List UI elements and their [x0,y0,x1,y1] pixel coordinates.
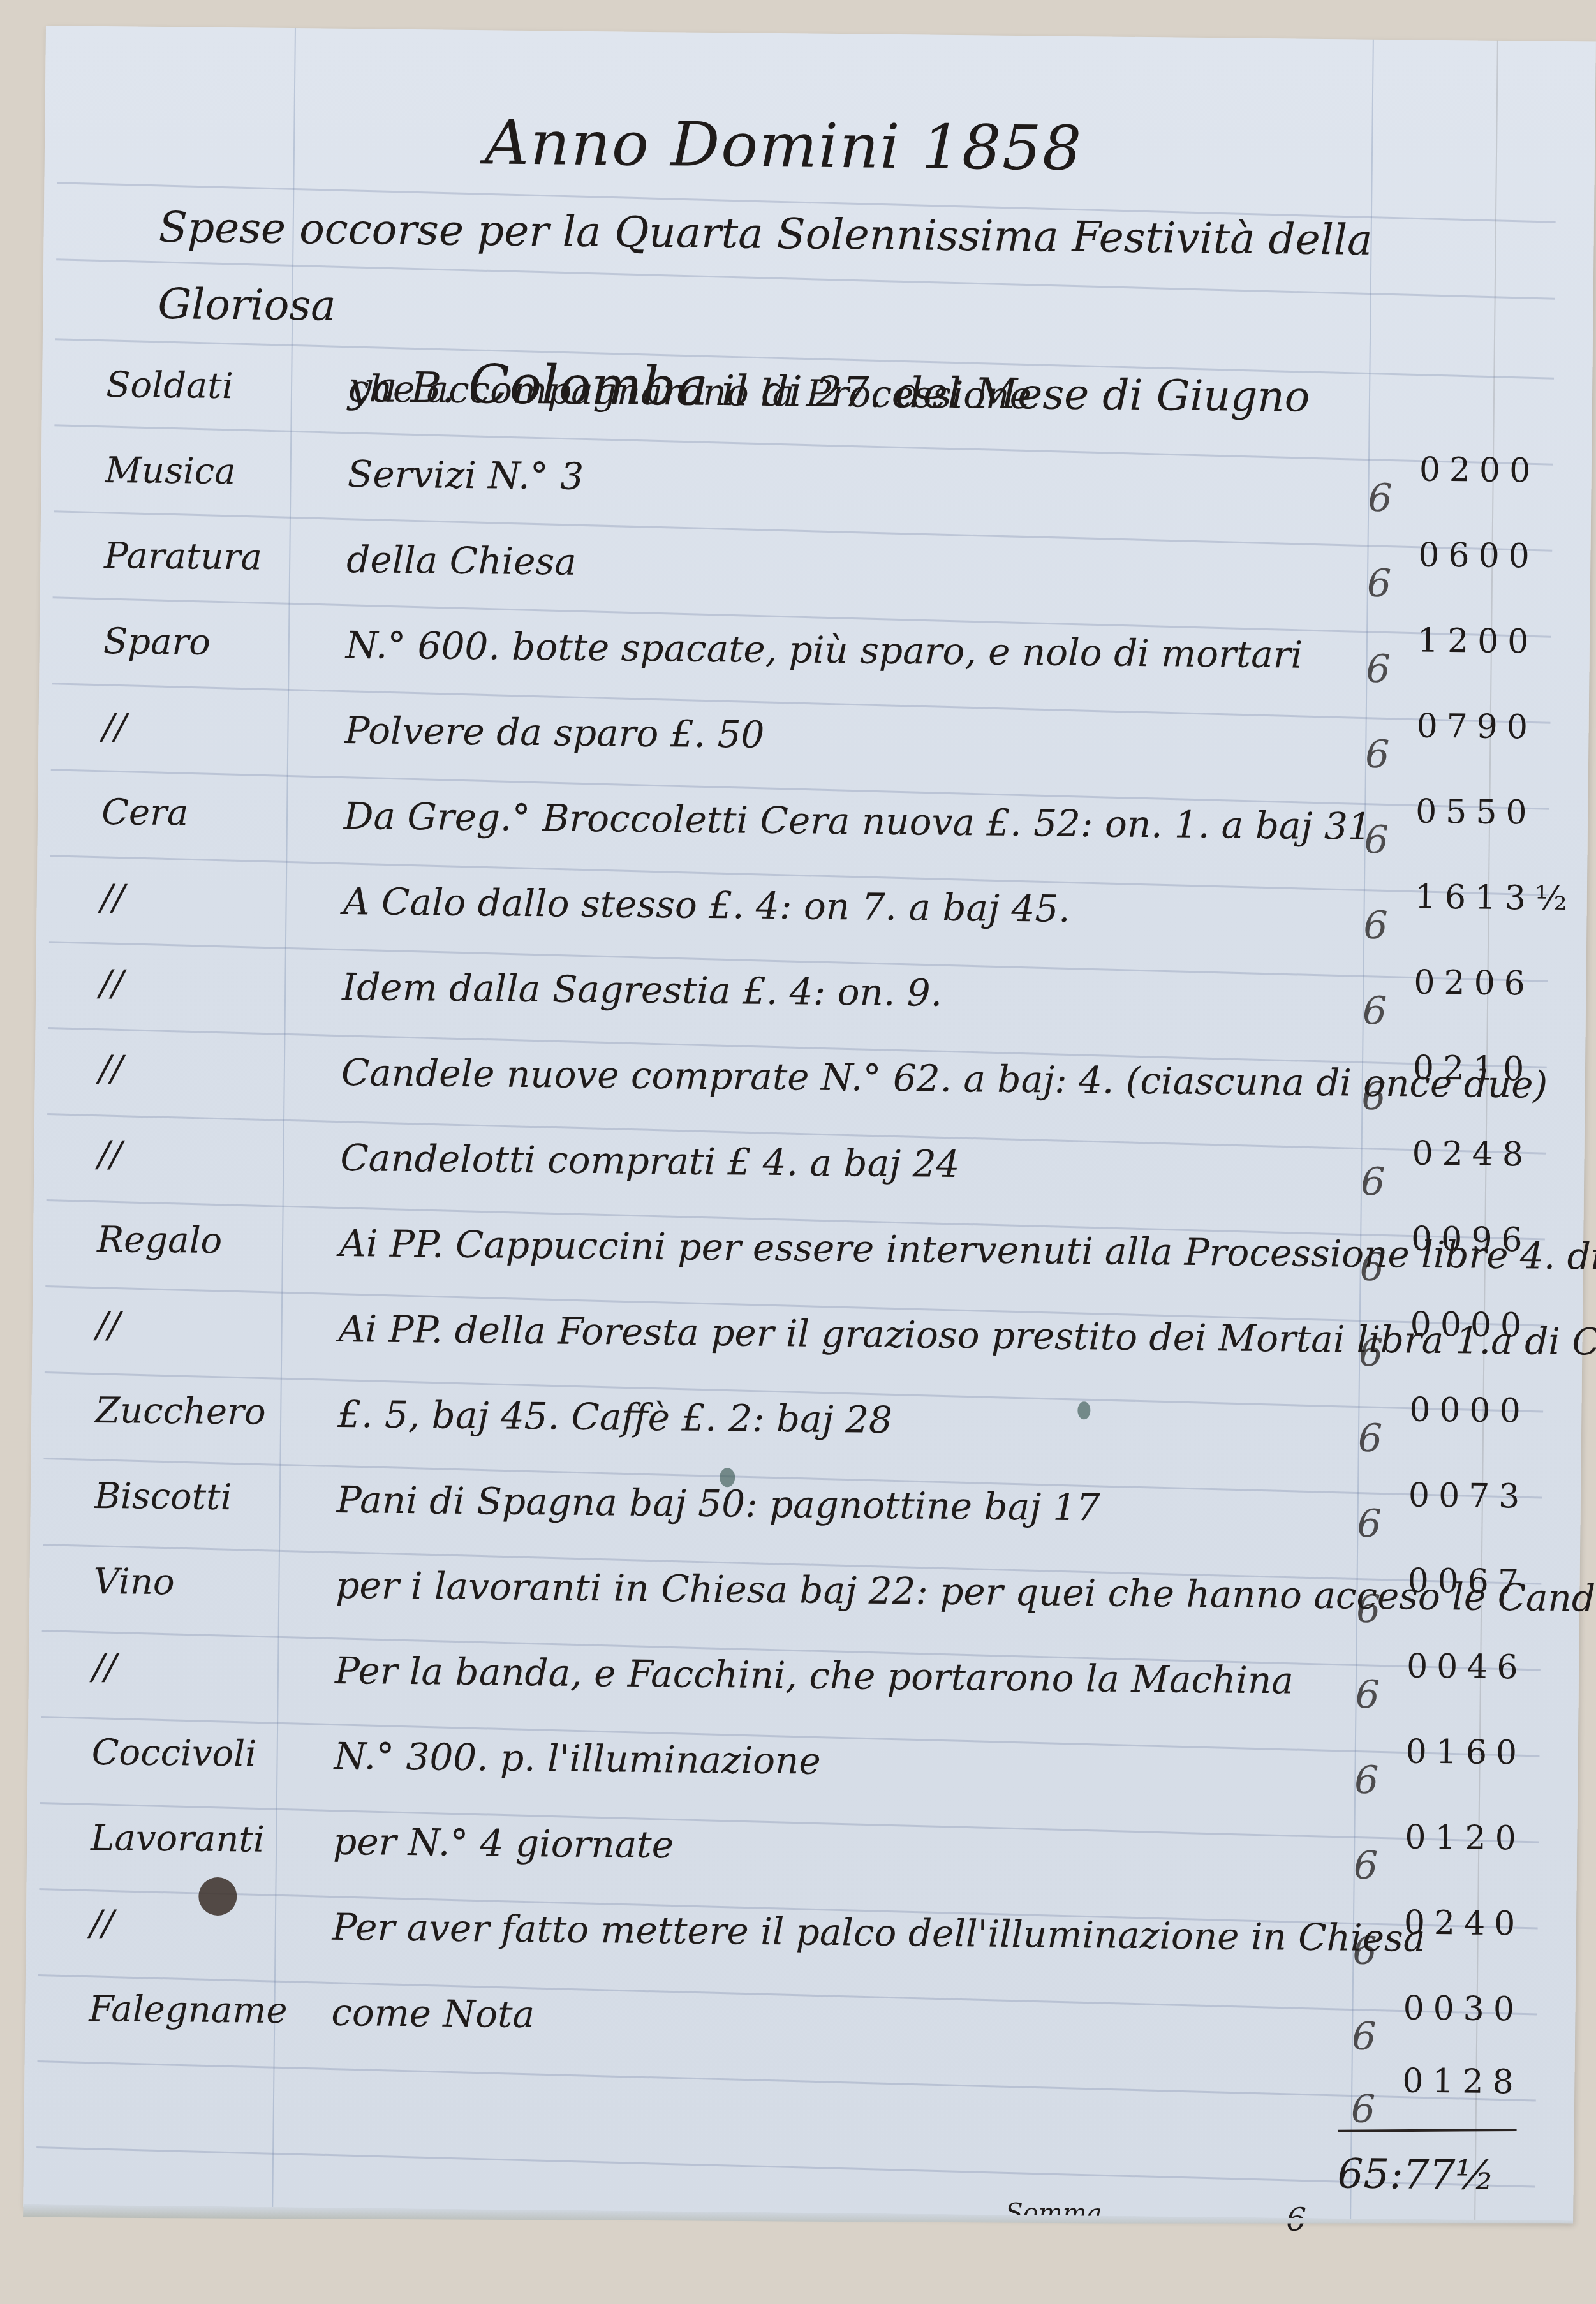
expense-entries: Soldatiche accompagnarono la Processione… [46,26,1596,41]
currency-mark: 6 [1356,1587,1381,1632]
intro-line-1: Spese occorse per la Quarta Solennissima… [158,189,1435,356]
entry-label: Paratura [104,535,315,579]
entry-amount: 0206 [1414,964,1534,1003]
entry-label: Biscotti [94,1475,306,1519]
entry-label: // [90,1903,301,1946]
ledger-row: CeraDa Greg.° Broccoletti Cera nuova £. … [101,785,1569,883]
entry-label: Vino [93,1561,304,1604]
entry-description: Servizi N.° 3 [347,452,584,498]
currency-mark: 6 [1359,1331,1384,1375]
entry-amount: 0000 [1410,1306,1530,1345]
currency-mark: 6 [1351,2087,1376,2132]
entry-amount: 0128 [1402,2062,1523,2101]
entry-label: Lavoranti [91,1817,302,1861]
currency-mark: 6 [1286,2201,1306,2238]
entry-description: A Calo dallo stesso £. 4: on 7. a baj 45… [343,880,1070,931]
currency-mark: 6 [1367,561,1392,606]
entry-label: // [100,963,311,1006]
currency-mark: 6 [1368,476,1393,521]
entry-amount: 0248 [1412,1135,1532,1174]
entry-label: Coccivoli [91,1732,302,1775]
entry-description: Ai PP. della Foresta per il grazioso pre… [338,1307,1596,1364]
entry-label: Soldati [106,364,317,408]
entry-label: Cera [101,792,313,835]
entry-description: Per la banda, e Facchini, che portarono … [335,1649,1294,1702]
entry-label: // [96,1304,307,1348]
entry-label: Falegname [89,1988,300,2032]
entry-description: Per aver fatto mettere il palco dell'ill… [332,1905,1425,1960]
ledger-row: //Polvere da sparo £. 5060790 [102,700,1570,798]
entry-amount: 1613½ [1414,878,1576,919]
entry-amount: 0000 [1409,1391,1530,1431]
entry-amount: 0030 [1403,1989,1523,2028]
total-amount: 65:77½ [1337,2150,1495,2199]
currency-mark: 6 [1361,1160,1385,1204]
entry-label: Zucchero [95,1390,306,1433]
entry-label: Regalo [97,1219,308,1262]
ledger-row: Vinoper i lavoranti in Chiesa baj 22: pe… [93,1554,1561,1653]
currency-mark: 6 [1358,1416,1383,1461]
entry-label: // [102,706,313,750]
entry-description: per N.° 4 giornate [333,1820,674,1867]
entry-label: // [92,1646,304,1690]
currency-mark: 6 [1354,1843,1378,1888]
entry-amount: 0067 [1407,1562,1528,1601]
currency-mark: 6 [1365,732,1390,777]
ledger-row: Lavorantiper N.° 4 giornate60120 [90,1811,1558,1909]
entry-amount: 0790 [1416,707,1537,747]
entry-label: // [98,1134,309,1177]
page-title: Anno Domini 1858 [485,107,1083,184]
ink-stain [198,1877,237,1916]
entry-amount: 0210 [1413,1049,1533,1089]
entry-amount: 0096 [1411,1220,1532,1260]
currency-mark: 6 [1359,1245,1384,1290]
ledger-row: RegaloAi PP. Cappuccini per essere inter… [96,1213,1564,1311]
entry-amount: 0046 [1407,1647,1527,1687]
entry-description: come Nota [331,1991,535,2036]
intro-lead-word: Spese [158,203,286,253]
currency-mark: 6 [1355,1673,1380,1717]
entry-description: Candelotti comprati £ 4. a baj 24 [340,1136,960,1186]
currency-mark: 6 [1363,903,1388,948]
ledger-row: Zucchero£. 5, baj 45. Caffè £. 2: baj 28… [94,1384,1562,1482]
entry-label: // [100,877,311,920]
entry-amount: 1200 [1417,622,1538,661]
entry-amount: 0550 [1415,793,1536,832]
currency-mark: 6 [1361,1074,1386,1119]
entry-amount: 0073 [1408,1476,1529,1516]
ledger-row: Paraturadella Chiesa60600 [103,529,1571,627]
entry-label: Sparo [103,621,314,664]
entry-description: della Chiesa [346,538,577,584]
currency-mark: 6 [1363,989,1387,1033]
currency-mark: 6 [1354,1758,1379,1803]
intro-line-1-text: occorse per la Quarta Solennissima Festi… [158,204,1373,330]
entry-description: Da Greg.° Broccoletti Cera nuova £. 52: … [344,794,1371,848]
ink-spot [720,1468,735,1487]
ledger-row: BiscottiPani di Spagna baj 50: pagnottin… [94,1469,1562,1567]
ledger-row: //Ai PP. della Foresta per il grazioso p… [96,1298,1563,1396]
entry-description: Ai PP. Cappuccini per essere intervenuti… [339,1222,1596,1279]
entry-description: Pani di Spagna baj 50: pagnottine baj 17 [336,1478,1100,1530]
ledger-row: //A Calo dallo stesso £. 4: on 7. a baj … [100,871,1568,969]
ledger-row: Soldatiche accompagnarono la Processione [105,358,1573,456]
ledger-row: //Per aver fatto mettere il palco dell'i… [89,1896,1557,1995]
ledger-row: //Per la banda, e Facchini, che portaron… [92,1640,1560,1738]
currency-mark: 6 [1357,1502,1382,1546]
entry-description: N.° 600. botte spacate, più sparo, e nol… [346,623,1303,677]
ledger-row-final-amount: 60128 [87,2055,1555,2153]
ledger-row: CoccivoliN.° 300. p. l'illuminazione6016… [91,1725,1559,1824]
entry-amount: 0200 [1419,451,1540,491]
entry-description: Polvere da sparo £. 50 [344,709,765,757]
entry-description: Idem dalla Sagrestia £. 4: on. 9. [342,965,943,1015]
entry-description: N.° 300. p. l'illuminazione [334,1734,821,1783]
entry-label: // [99,1048,310,1091]
entry-amount: 0240 [1404,1903,1525,1943]
ledger-row: //Idem dalla Sagrestia £. 4: on. 9.60206 [99,956,1567,1054]
currency-mark: 6 [1364,818,1389,862]
entry-label: Musica [105,450,316,493]
entry-amount: 0160 [1405,1732,1526,1772]
ruled-line [36,2146,1535,2188]
currency-mark: 6 [1352,1929,1377,1974]
entry-description: £. 5, baj 45. Caffè £. 2: baj 28 [337,1392,892,1442]
somma-label: Somma [1005,2198,1102,2229]
currency-mark: 6 [1352,2014,1377,2059]
ledger-row: //Candele nuove comprate N.° 62. a baj: … [98,1042,1566,1140]
entry-amount: 0600 [1418,536,1539,576]
ledger-row: SparoN.° 600. botte spacate, più sparo, … [103,614,1570,713]
entry-description: che accompagnarono la Processione [348,367,1032,417]
ledger-row: MusicaServizi N.° 360200 [105,443,1572,542]
ledger-page: Anno Domini 1858 Spese occorse per la Qu… [23,26,1596,2223]
ledger-row: //Candelotti comprati £ 4. a baj 2460248 [98,1127,1565,1225]
currency-mark: 6 [1366,647,1391,691]
entry-amount: 0120 [1405,1818,1525,1857]
